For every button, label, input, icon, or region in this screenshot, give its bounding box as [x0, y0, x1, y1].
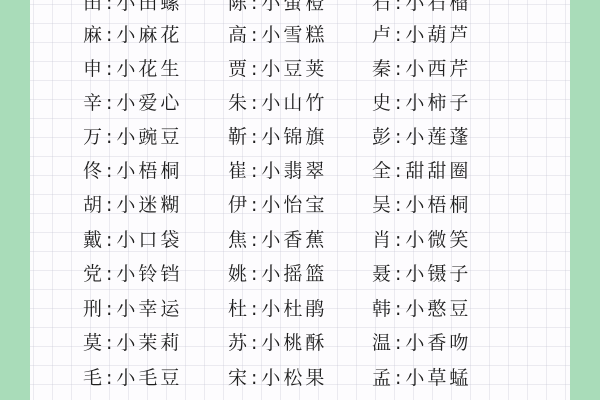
nickname: 小桃酥 — [261, 328, 327, 358]
nickname-entry: 肖:小微笑 — [372, 225, 471, 255]
separator: : — [251, 259, 260, 289]
separator: : — [395, 190, 404, 220]
nickname: 小幸运 — [116, 294, 182, 324]
name-row: 戴:小口袋焦:小香蕉肖:小微笑 — [30, 225, 570, 255]
surname: 田 — [83, 0, 105, 18]
separator: : — [106, 0, 115, 18]
name-row: 万:小豌豆靳:小锦旗彭:小莲蓬 — [30, 122, 570, 152]
nickname: 小山竹 — [261, 88, 327, 118]
nickname: 小田螺 — [116, 0, 182, 18]
separator: : — [251, 328, 260, 358]
nickname: 小草蜢 — [405, 363, 471, 393]
surname: 韩 — [372, 294, 394, 324]
surname: 杜 — [228, 294, 250, 324]
nickname: 小葫芦 — [405, 20, 471, 50]
surname: 党 — [83, 259, 105, 289]
separator: : — [251, 363, 260, 393]
separator: : — [395, 363, 404, 393]
nickname-entry: 申:小花生 — [83, 54, 182, 84]
separator: : — [395, 328, 404, 358]
nickname: 小香吻 — [405, 328, 471, 358]
nickname-entry: 麻:小麻花 — [83, 20, 182, 50]
nickname-entry: 聂:小镊子 — [372, 259, 471, 289]
surname: 万 — [83, 122, 105, 152]
nickname: 小麻花 — [116, 20, 182, 50]
nickname: 小西芹 — [405, 54, 471, 84]
nickname: 小翡翠 — [261, 156, 327, 186]
surname: 苏 — [228, 328, 250, 358]
nickname-entry: 田:小田螺 — [83, 0, 182, 18]
nickname-entry: 史:小柿子 — [372, 88, 471, 118]
nickname: 小迷糊 — [116, 190, 182, 220]
name-row: 刑:小幸运杜:小杜鹃韩:小憨豆 — [30, 294, 570, 324]
separator: : — [106, 122, 115, 152]
nickname-entry: 陈:小萤橙 — [228, 0, 327, 18]
nickname-entry: 韩:小憨豆 — [372, 294, 471, 324]
nickname-entry: 朱:小山竹 — [228, 88, 327, 118]
nickname-entry: 党:小铃铛 — [83, 259, 182, 289]
separator: : — [251, 20, 260, 50]
name-row: 佟:小梧桐崔:小翡翠全:甜甜圈 — [30, 156, 570, 186]
surname: 朱 — [228, 88, 250, 118]
separator: : — [251, 54, 260, 84]
surname: 高 — [228, 20, 250, 50]
separator: : — [106, 156, 115, 186]
nickname: 小口袋 — [116, 225, 182, 255]
grid-paper: 田:小田螺陈:小萤橙石:小石榴麻:小麻花高:小雪糕卢:小葫芦申:小花生贾:小豆荚… — [30, 0, 570, 400]
separator: : — [251, 190, 260, 220]
nickname: 小萤橙 — [261, 0, 327, 18]
name-row: 胡:小迷糊伊:小怡宝吴:小梧桐 — [30, 190, 570, 220]
surname: 戴 — [83, 225, 105, 255]
surname: 靳 — [228, 122, 250, 152]
surname: 宋 — [228, 363, 250, 393]
nickname-entry: 靳:小锦旗 — [228, 122, 327, 152]
surname: 贾 — [228, 54, 250, 84]
separator: : — [251, 294, 260, 324]
nickname: 小爱心 — [116, 88, 182, 118]
nickname-entry: 吴:小梧桐 — [372, 190, 471, 220]
nickname-entry: 焦:小香蕉 — [228, 225, 327, 255]
name-row: 田:小田螺陈:小萤橙石:小石榴 — [30, 0, 570, 18]
nickname: 小柿子 — [405, 88, 471, 118]
nickname: 小花生 — [116, 54, 182, 84]
separator: : — [395, 88, 404, 118]
surname: 史 — [372, 88, 394, 118]
surname: 肖 — [372, 225, 394, 255]
nickname-entry: 崔:小翡翠 — [228, 156, 327, 186]
nickname-entry: 辛:小爱心 — [83, 88, 182, 118]
nickname: 小毛豆 — [116, 363, 182, 393]
nickname-entry: 伊:小怡宝 — [228, 190, 327, 220]
separator: : — [395, 294, 404, 324]
surname: 毛 — [83, 363, 105, 393]
surname: 孟 — [372, 363, 394, 393]
separator: : — [395, 122, 404, 152]
nickname: 小梧桐 — [116, 156, 182, 186]
nickname-entry: 全:甜甜圈 — [372, 156, 471, 186]
nickname-entry: 佟:小梧桐 — [83, 156, 182, 186]
nickname-entry: 胡:小迷糊 — [83, 190, 182, 220]
separator: : — [395, 0, 404, 18]
nickname-entry: 刑:小幸运 — [83, 294, 182, 324]
nickname: 小莲蓬 — [405, 122, 471, 152]
separator: : — [106, 20, 115, 50]
surname: 聂 — [372, 259, 394, 289]
separator: : — [251, 122, 260, 152]
surname: 石 — [372, 0, 394, 18]
nickname-entry: 石:小石榴 — [372, 0, 471, 18]
nickname-entry: 秦:小西芹 — [372, 54, 471, 84]
surname: 胡 — [83, 190, 105, 220]
nickname: 小梧桐 — [405, 190, 471, 220]
nickname-entry: 莫:小茉莉 — [83, 328, 182, 358]
nickname-entry: 姚:小摇篮 — [228, 259, 327, 289]
separator: : — [106, 54, 115, 84]
nickname: 小松果 — [261, 363, 327, 393]
surname: 莫 — [83, 328, 105, 358]
surname: 焦 — [228, 225, 250, 255]
nickname: 小锦旗 — [261, 122, 327, 152]
nickname: 小杜鹃 — [261, 294, 327, 324]
separator: : — [251, 88, 260, 118]
nickname-entry: 戴:小口袋 — [83, 225, 182, 255]
nickname-entry: 贾:小豆荚 — [228, 54, 327, 84]
separator: : — [106, 363, 115, 393]
separator: : — [106, 190, 115, 220]
separator: : — [395, 225, 404, 255]
nickname: 小镊子 — [405, 259, 471, 289]
nickname: 小微笑 — [405, 225, 471, 255]
nickname: 小豌豆 — [116, 122, 182, 152]
surname: 伊 — [228, 190, 250, 220]
separator: : — [395, 259, 404, 289]
nickname: 小摇篮 — [261, 259, 327, 289]
surname: 佟 — [83, 156, 105, 186]
surname: 麻 — [83, 20, 105, 50]
separator: : — [251, 0, 260, 18]
nickname-entry: 毛:小毛豆 — [83, 363, 182, 393]
surname: 吴 — [372, 190, 394, 220]
nickname-entry: 苏:小桃酥 — [228, 328, 327, 358]
surname: 申 — [83, 54, 105, 84]
nickname-entry: 彭:小莲蓬 — [372, 122, 471, 152]
separator: : — [106, 225, 115, 255]
surname: 刑 — [83, 294, 105, 324]
nickname: 小石榴 — [405, 0, 471, 18]
name-row: 麻:小麻花高:小雪糕卢:小葫芦 — [30, 20, 570, 50]
surname: 秦 — [372, 54, 394, 84]
surname: 彭 — [372, 122, 394, 152]
nickname: 小茉莉 — [116, 328, 182, 358]
separator: : — [395, 156, 404, 186]
name-row: 莫:小茉莉苏:小桃酥温:小香吻 — [30, 328, 570, 358]
nickname: 小豆荚 — [261, 54, 327, 84]
name-row: 申:小花生贾:小豆荚秦:小西芹 — [30, 54, 570, 84]
nickname: 小铃铛 — [116, 259, 182, 289]
surname: 姚 — [228, 259, 250, 289]
nickname: 小憨豆 — [405, 294, 471, 324]
left-green-border — [0, 0, 30, 400]
surname: 全 — [372, 156, 394, 186]
nickname-entry: 卢:小葫芦 — [372, 20, 471, 50]
separator: : — [251, 156, 260, 186]
separator: : — [106, 88, 115, 118]
nickname: 小雪糕 — [261, 20, 327, 50]
nickname: 小怡宝 — [261, 190, 327, 220]
surname: 辛 — [83, 88, 105, 118]
name-row: 党:小铃铛姚:小摇篮聂:小镊子 — [30, 259, 570, 289]
nickname: 甜甜圈 — [405, 156, 471, 186]
nickname-entry: 宋:小松果 — [228, 363, 327, 393]
nickname: 小香蕉 — [261, 225, 327, 255]
name-row: 毛:小毛豆宋:小松果孟:小草蜢 — [30, 363, 570, 393]
nickname-entry: 温:小香吻 — [372, 328, 471, 358]
nickname-entry: 孟:小草蜢 — [372, 363, 471, 393]
surname: 崔 — [228, 156, 250, 186]
nickname-entry: 万:小豌豆 — [83, 122, 182, 152]
right-green-border — [570, 0, 600, 400]
separator: : — [395, 20, 404, 50]
nickname-entry: 高:小雪糕 — [228, 20, 327, 50]
name-row: 辛:小爱心朱:小山竹史:小柿子 — [30, 88, 570, 118]
separator: : — [395, 54, 404, 84]
separator: : — [106, 294, 115, 324]
surname: 温 — [372, 328, 394, 358]
surname: 陈 — [228, 0, 250, 18]
separator: : — [106, 259, 115, 289]
separator: : — [106, 328, 115, 358]
separator: : — [251, 225, 260, 255]
surname: 卢 — [372, 20, 394, 50]
nickname-entry: 杜:小杜鹃 — [228, 294, 327, 324]
